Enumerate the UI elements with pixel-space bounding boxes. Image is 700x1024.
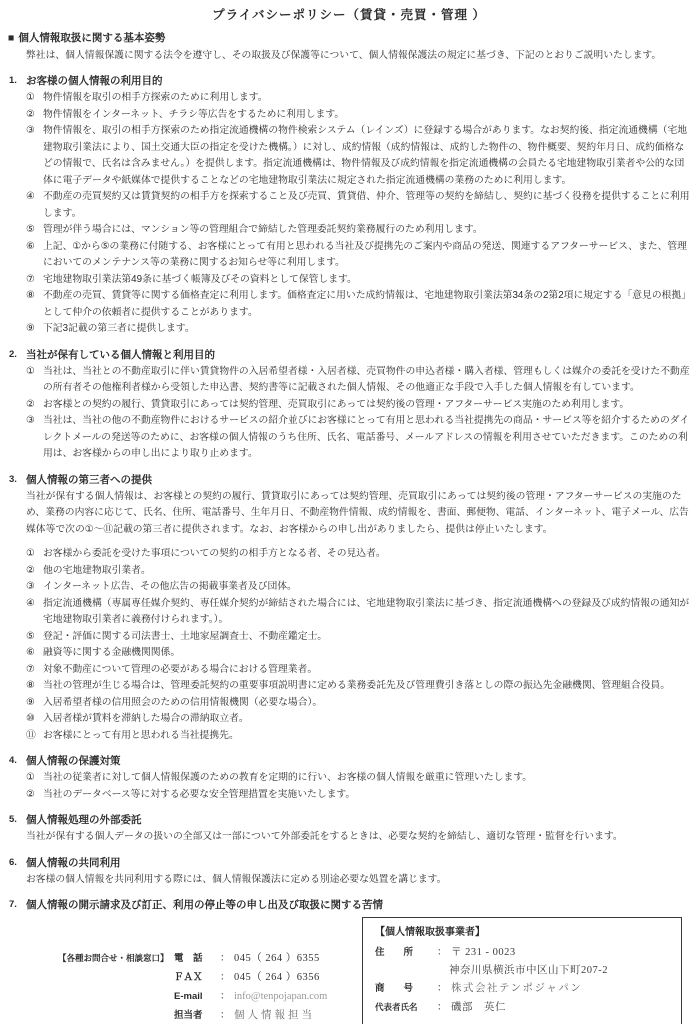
- section-title: 当社が保有している個人情報と利用目的: [26, 347, 690, 363]
- item-marker: ⑥: [26, 239, 43, 272]
- operator-colon: ：: [437, 944, 447, 962]
- item-marker: ①: [26, 90, 43, 107]
- item-marker: ①: [26, 546, 43, 563]
- contact-block: 【各種お問合せ・相談窓口】電 話：045（ 264 ）6355ＦＡＸ：045（ …: [58, 949, 362, 1024]
- square-bullet-icon: ■: [8, 32, 14, 44]
- list-item: ④不動産の売買契約又は賃貸契約の相手方を探索すること及び売買、賃貸借、仲介、管理…: [8, 189, 690, 222]
- item-marker: ④: [26, 189, 43, 222]
- item-text: 当社の管理が生じる場合は、管理委託契約の重要事項説明書に定める業務委託先及び管理…: [43, 678, 690, 695]
- contact-colon: ：: [220, 968, 230, 987]
- section-body: 当社が保有する個人データの扱いの全部又は一部について外部委託をするときは、必要な…: [8, 829, 690, 846]
- list-item: ③インターネット広告、その他広告の掲載事業者及び団体。: [8, 579, 690, 596]
- item-text: 不動産の売買契約又は賃貸契約の相手方を探索すること及び売買、賃貸借、仲介、管理等…: [43, 189, 690, 222]
- contact-row: E-mail：info@tenpojapan.com: [58, 987, 362, 1006]
- list-item: ③物件情報を、取引の相手方探索のため指定流通機構の物件検索システム（レインズ）に…: [8, 123, 690, 189]
- item-text: 入居希望者様の信用照会のための信用情報機関（必要な場合）。: [43, 695, 690, 712]
- operator-colon: ：: [437, 980, 447, 998]
- list-item: ⑨入居希望者様の信用照会のための信用情報機関（必要な場合）。: [8, 695, 690, 712]
- item-marker: ⑧: [26, 288, 43, 321]
- item-marker: ⑨: [26, 321, 43, 338]
- contact-row: 担当者：個人情報担当: [58, 1006, 362, 1024]
- item-text: 指定流通機構（専属専任媒介契約、専任媒介契約が締結された場合には、宅地建物取引業…: [43, 596, 690, 629]
- operator-rows: 住 所：〒 231 - 0023神奈川県横浜市中区山下町207-2商 号：株式会…: [375, 944, 671, 1017]
- section-1: 1.お客様の個人情報の利用目的①物件情報を取引の相手方探索のために利用します。②…: [8, 73, 690, 338]
- contact-value: 045（ 264 ）6355: [234, 949, 320, 968]
- section-title: 個人情報の保護対策: [26, 753, 690, 769]
- item-text: お客様にとって有用と思われる当社提携先。: [43, 728, 690, 745]
- item-marker: ①: [26, 364, 43, 397]
- contact-window-label: 【各種お問合せ・相談窓口】: [58, 949, 174, 968]
- section-2: 2.当社が保有している個人情報と利用目的①当社は、当社との不動産取引に伴い賃貸物…: [8, 347, 690, 463]
- contact-colon: ：: [220, 987, 230, 1006]
- list-item: ⑥融資等に関する金融機関関係。: [8, 645, 690, 662]
- section-items: ①当社は、当社との不動産取引に伴い賃貸物件の入居希望者様・入居者様、売買物件の申…: [8, 364, 690, 463]
- contact-row: ＦＡＸ：045（ 264 ）6356: [58, 968, 362, 987]
- list-item: ⑤管理が伴う場合には、マンション等の管理組合で締結した管理委託契約業務履行のため…: [8, 222, 690, 239]
- item-marker: ⑦: [26, 272, 43, 289]
- item-text: 物件情報を取引の相手方探索のために利用します。: [43, 90, 690, 107]
- item-text: 融資等に関する金融機関関係。: [43, 645, 690, 662]
- item-text: 上記、①から⑤の業務に付随する、お客様にとって有用と思われる当社及び提携先のご案…: [43, 239, 690, 272]
- list-item: ②他の宅地建物取引業者。: [8, 563, 690, 580]
- section-number: 7.: [8, 897, 26, 913]
- contact-colon: ：: [220, 949, 230, 968]
- item-marker: ⑪: [26, 728, 43, 745]
- list-item: ①当社は、当社との不動産取引に伴い賃貸物件の入居希望者様・入居者様、売買物件の申…: [8, 364, 690, 397]
- item-marker: ③: [26, 413, 43, 463]
- list-item: ⑦宅地建物取引業法第49条に基づく帳簿及びその資料として保管します。: [8, 272, 690, 289]
- footer-area: 【各種お問合せ・相談窓口】電 話：045（ 264 ）6355ＦＡＸ：045（ …: [8, 917, 690, 1024]
- section-items: ①当社の従業者に対して個人情報保護のための教育を定期的に行い、お客様の個人情報を…: [8, 770, 690, 803]
- list-item: ①物件情報を取引の相手方探索のために利用します。: [8, 90, 690, 107]
- item-marker: ③: [26, 123, 43, 189]
- item-marker: ⑧: [26, 678, 43, 695]
- section-heading: 3.個人情報の第三者への提供: [8, 472, 690, 488]
- section-5: 5.個人情報処理の外部委託当社が保有する個人データの扱いの全部又は一部について外…: [8, 812, 690, 846]
- item-text: 当社は、当社の他の不動産物件におけるサービスの紹介並びにお客様にとって有用と思わ…: [43, 413, 690, 463]
- section-items: ①物件情報を取引の相手方探索のために利用します。②物件情報をインターネット、チラ…: [8, 90, 690, 338]
- item-marker: ④: [26, 596, 43, 629]
- contact-key: 担当者: [174, 1006, 220, 1024]
- basic-stance-body: 弊社は、個人情報保護に関する法令を遵守し、その取扱及び保護等について、個人情報保…: [8, 48, 690, 64]
- operator-value: 株式会社テンポジャパン: [451, 980, 582, 998]
- operator-row: 商 号：株式会社テンポジャパン: [375, 980, 671, 998]
- section-items: ①お客様から委託を受けた事項についての契約の相手方となる者、その見込者。②他の宅…: [8, 546, 690, 744]
- operator-box-label: 【個人情報取扱事業者】: [375, 925, 671, 941]
- item-marker: ⑥: [26, 645, 43, 662]
- operator-value: 神奈川県横浜市中区山下町207-2: [449, 962, 608, 980]
- contact-colon: ：: [220, 1006, 230, 1024]
- item-text: インターネット広告、その他広告の掲載事業者及び団体。: [43, 579, 690, 596]
- operator-row: 住 所：〒 231 - 0023: [375, 944, 671, 962]
- list-item: ②物件情報をインターネット、チラシ等広告をするために利用します。: [8, 107, 690, 124]
- item-text: お客様との契約の履行、賃貸取引にあっては契約管理、売買取引にあっては契約後の管理…: [43, 397, 690, 414]
- list-item: ⑨下記3記載の第三者に提供します。: [8, 321, 690, 338]
- section-title: 個人情報処理の外部委託: [26, 812, 690, 828]
- list-item: ④指定流通機構（専属専任媒介契約、専任媒介契約が締結された場合には、宅地建物取引…: [8, 596, 690, 629]
- item-text: 対象不動産について管理の必要がある場合における管理業者。: [43, 662, 690, 679]
- item-text: 宅地建物取引業法第49条に基づく帳簿及びその資料として保管します。: [43, 272, 690, 289]
- operator-row: 神奈川県横浜市中区山下町207-2: [375, 962, 671, 980]
- item-marker: ②: [26, 107, 43, 124]
- section-title: 個人情報の開示請求及び訂正、利用の停止等の申し出及び取扱に関する苦情: [26, 897, 690, 913]
- item-marker: ②: [26, 397, 43, 414]
- item-text: 登記・評価に関する司法書士、土地家屋調査士、不動産鑑定士。: [43, 629, 690, 646]
- section-heading: 6.個人情報の共同利用: [8, 855, 690, 871]
- list-item: ⑩入居者様が賃料を滞納した場合の滞納取立者。: [8, 711, 690, 728]
- item-text: 当社の従業者に対して個人情報保護のための教育を定期的に行い、お客様の個人情報を厳…: [43, 770, 690, 787]
- operator-key: 商 号: [375, 980, 437, 998]
- contact-value: 045（ 264 ）6356: [234, 968, 320, 987]
- item-marker: ⑩: [26, 711, 43, 728]
- item-text: お客様から委託を受けた事項についての契約の相手方となる者、その見込者。: [43, 546, 690, 563]
- section-title: 個人情報の第三者への提供: [26, 472, 690, 488]
- section-number: 3.: [8, 472, 26, 488]
- operator-box: 【個人情報取扱事業者】 住 所：〒 231 - 0023神奈川県横浜市中区山下町…: [362, 917, 682, 1024]
- item-marker: ①: [26, 770, 43, 787]
- contact-value: info@tenpojapan.com: [234, 987, 327, 1006]
- section-number: 2.: [8, 347, 26, 363]
- section-4: 4.個人情報の保護対策①当社の従業者に対して個人情報保護のための教育を定期的に行…: [8, 753, 690, 803]
- section-heading: 7.個人情報の開示請求及び訂正、利用の停止等の申し出及び取扱に関する苦情: [8, 897, 690, 913]
- list-item: ⑤登記・評価に関する司法書士、土地家屋調査士、不動産鑑定士。: [8, 629, 690, 646]
- section-heading: 5.個人情報処理の外部委託: [8, 812, 690, 828]
- item-text: 入居者様が賃料を滞納した場合の滞納取立者。: [43, 711, 690, 728]
- operator-colon: ：: [437, 999, 447, 1017]
- contact-key: E-mail: [174, 987, 220, 1006]
- list-item: ②お客様との契約の履行、賃貸取引にあっては契約管理、売買取引にあっては契約後の管…: [8, 397, 690, 414]
- contact-key: 電 話: [174, 949, 220, 968]
- list-item: ①当社の従業者に対して個人情報保護のための教育を定期的に行い、お客様の個人情報を…: [8, 770, 690, 787]
- item-text: 下記3記載の第三者に提供します。: [43, 321, 690, 338]
- item-text: 物件情報を、取引の相手方探索のため指定流通機構の物件検索システム（レインズ）に登…: [43, 123, 690, 189]
- operator-row: 代表者氏名：磯部 英仁: [375, 998, 671, 1017]
- list-item: ⑧不動産の売買、賃貸等に関する価格査定に利用します。価格査定に用いた成約情報は、…: [8, 288, 690, 321]
- item-marker: ⑤: [26, 222, 43, 239]
- sections-container: 1.お客様の個人情報の利用目的①物件情報を取引の相手方探索のために利用します。②…: [8, 73, 690, 913]
- operator-value: 〒 231 - 0023: [451, 944, 516, 962]
- item-text: 当社のデータベース等に対する必要な安全管理措置を実施いたします。: [43, 787, 690, 804]
- basic-stance-section: ■個人情報取扱に関する基本姿勢 弊社は、個人情報保護に関する法令を遵守し、その取…: [8, 30, 690, 64]
- section-number: 1.: [8, 73, 26, 89]
- item-marker: ③: [26, 579, 43, 596]
- list-item: ⑪お客様にとって有用と思われる当社提携先。: [8, 728, 690, 745]
- list-item: ⑧当社の管理が生じる場合は、管理委託契約の重要事項説明書に定める業務委託先及び管…: [8, 678, 690, 695]
- section-3: 3.個人情報の第三者への提供当社が保有する個人情報は、お客様との契約の履行、賃貸…: [8, 472, 690, 745]
- item-marker: ⑤: [26, 629, 43, 646]
- section-title: 個人情報の共同利用: [26, 855, 690, 871]
- list-item: ⑦対象不動産について管理の必要がある場合における管理業者。: [8, 662, 690, 679]
- contact-key: ＦＡＸ: [174, 968, 220, 987]
- item-marker: ②: [26, 787, 43, 804]
- contact-value: 個人情報担当: [234, 1006, 315, 1024]
- section-heading: 1.お客様の個人情報の利用目的: [8, 73, 690, 89]
- privacy-policy-page: プライバシーポリシー（賃貸・売買・管理 ） ■個人情報取扱に関する基本姿勢 弊社…: [0, 0, 700, 1024]
- section-number: 4.: [8, 753, 26, 769]
- section-heading: 2.当社が保有している個人情報と利用目的: [8, 347, 690, 363]
- section-number: 5.: [8, 812, 26, 828]
- operator-key: 代表者氏名: [375, 998, 437, 1016]
- section-body: お客様の個人情報を共同利用する際には、個人情報保護法に定める別途必要な処置を講じ…: [8, 872, 690, 889]
- item-text: 当社は、当社との不動産取引に伴い賃貸物件の入居希望者様・入居者様、売買物件の申込…: [43, 364, 690, 397]
- item-marker: ⑦: [26, 662, 43, 679]
- item-text: 不動産の売買、賃貸等に関する価格査定に利用します。価格査定に用いた成約情報は、宅…: [43, 288, 690, 321]
- section-title: お客様の個人情報の利用目的: [26, 73, 690, 89]
- list-item: ①お客様から委託を受けた事項についての契約の相手方となる者、その見込者。: [8, 546, 690, 563]
- contact-row: 【各種お問合せ・相談窓口】電 話：045（ 264 ）6355: [58, 949, 362, 968]
- section-heading: 4.個人情報の保護対策: [8, 753, 690, 769]
- section-7: 7.個人情報の開示請求及び訂正、利用の停止等の申し出及び取扱に関する苦情: [8, 897, 690, 913]
- item-text: 管理が伴う場合には、マンション等の管理組合で締結した管理委託契約業務履行のため利…: [43, 222, 690, 239]
- page-title: プライバシーポリシー（賃貸・売買・管理 ）: [8, 5, 690, 23]
- list-item: ⑥上記、①から⑤の業務に付随する、お客様にとって有用と思われる当社及び提携先のご…: [8, 239, 690, 272]
- item-text: 物件情報をインターネット、チラシ等広告をするために利用します。: [43, 107, 690, 124]
- section-6: 6.個人情報の共同利用お客様の個人情報を共同利用する際には、個人情報保護法に定め…: [8, 855, 690, 889]
- item-marker: ⑨: [26, 695, 43, 712]
- section-number: 6.: [8, 855, 26, 871]
- list-item: ②当社のデータベース等に対する必要な安全管理措置を実施いたします。: [8, 787, 690, 804]
- operator-value: 磯部 英仁: [451, 999, 506, 1017]
- item-marker: ②: [26, 563, 43, 580]
- basic-stance-heading: ■個人情報取扱に関する基本姿勢: [8, 30, 690, 46]
- basic-stance-heading-text: 個人情報取扱に関する基本姿勢: [18, 32, 165, 44]
- item-text: 他の宅地建物取引業者。: [43, 563, 690, 580]
- operator-key: 住 所: [375, 944, 437, 962]
- section-intro: 当社が保有する個人情報は、お客様との契約の履行、賃貸取引にあっては契約管理、売買…: [8, 489, 690, 539]
- list-item: ③当社は、当社の他の不動産物件におけるサービスの紹介並びにお客様にとって有用と思…: [8, 413, 690, 463]
